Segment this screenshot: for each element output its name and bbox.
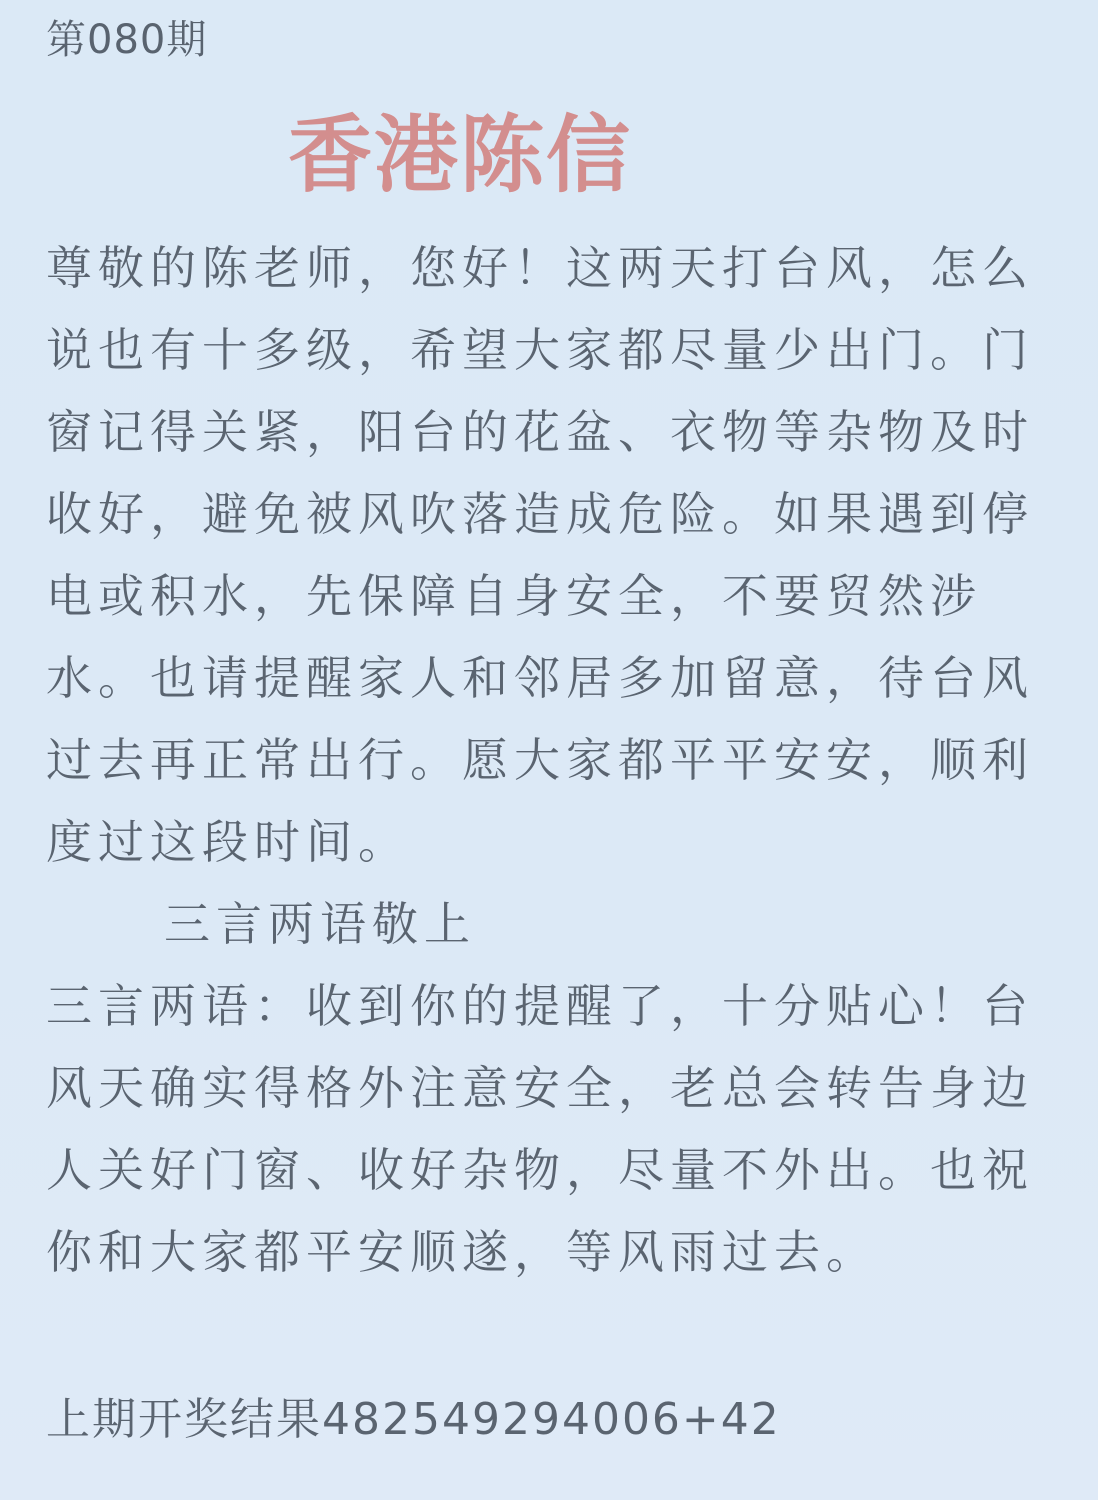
reply-line: 风天确实得格外注意安全，老总会转告身边 — [46, 1058, 1034, 1118]
letter-signature: 三言两语敬上 — [164, 894, 476, 954]
reply-line: 人关好门窗、收好杂物，尽量不外出。也祝 — [46, 1140, 1034, 1200]
letter-line: 收好，避免被风吹落造成危险。如果遇到停 — [46, 484, 1034, 544]
reply-line: 三言两语：收到你的提醒了，十分贴心！台 — [46, 976, 1034, 1036]
reply-line: 你和大家都平安顺遂，等风雨过去。 — [46, 1222, 878, 1282]
letter-line: 水。也请提醒家人和邻居多加留意，待台风 — [46, 648, 1034, 708]
issue-number: 第080期 — [46, 14, 207, 66]
letter-line: 窗记得关紧，阳台的花盆、衣物等杂物及时 — [46, 402, 1034, 462]
previous-result: 上期开奖结果48254929400​6+42 — [46, 1390, 781, 1450]
letter-line: 尊敬的陈老师，您好！这两天打台风，怎么 — [46, 238, 1034, 298]
letter-line: 过去再正常出行。愿大家都平平安安，顺利 — [46, 730, 1034, 790]
letter-line: 度过这段时间。 — [46, 812, 410, 872]
letter-line: 说也有十多级，希望大家都尽量少出门。门 — [46, 320, 1034, 380]
page-title: 香港陈信 — [288, 100, 632, 210]
letter-line: 电或积水，先保障自身安全，不要贸然涉 — [46, 566, 982, 626]
